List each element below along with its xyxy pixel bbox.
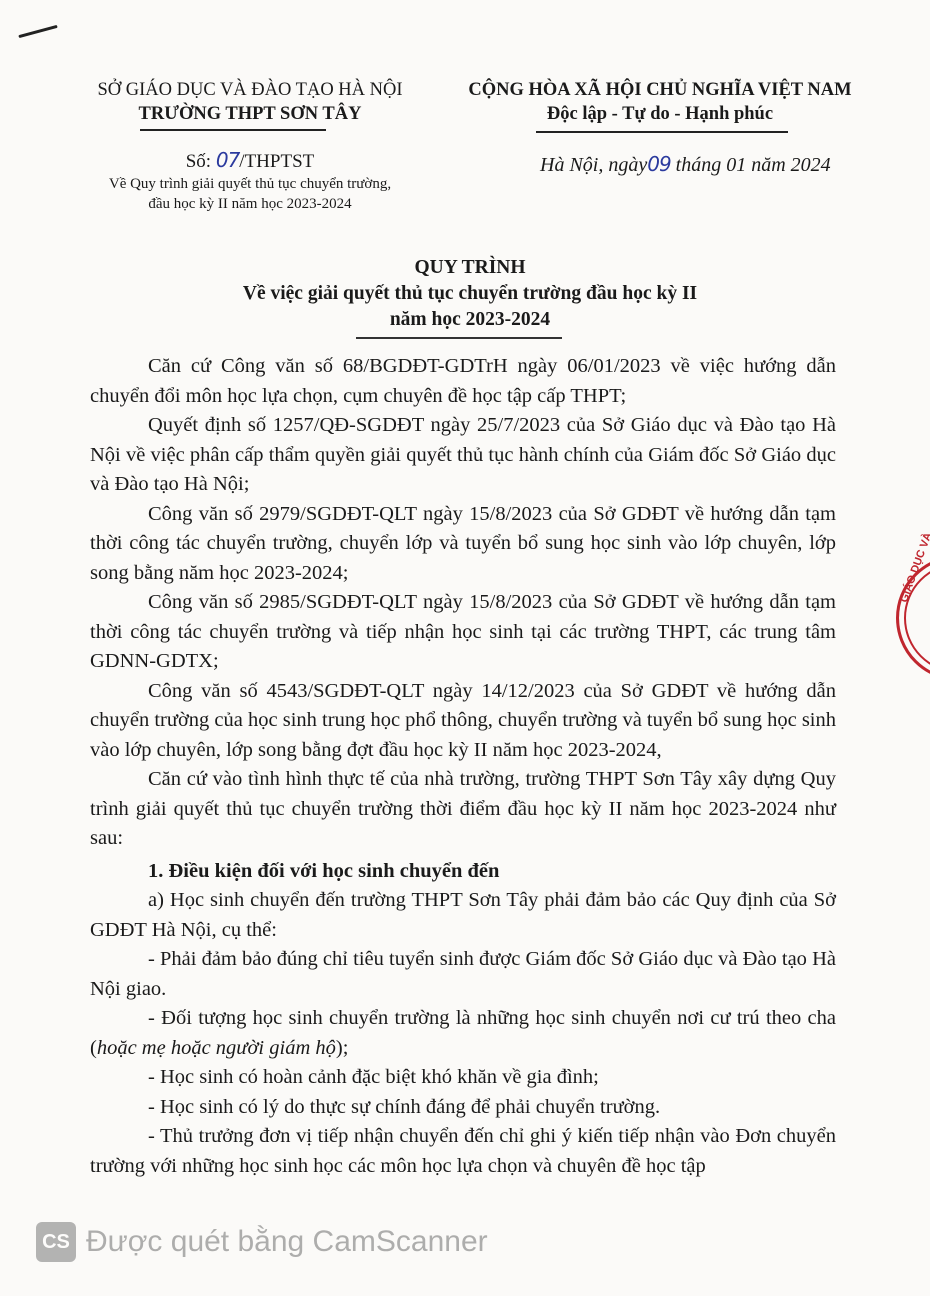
paragraph: Công văn số 2985/SGDĐT-QLT ngày 15/8/202… xyxy=(90,588,836,677)
document-body: Căn cứ Công văn số 68/BGDĐT-GDTrH ngày 0… xyxy=(90,352,836,1181)
divider xyxy=(356,337,562,339)
watermark-text: Được quét bằng CamScanner xyxy=(86,1225,488,1259)
handwritten-number: 07 xyxy=(216,148,239,172)
section-heading: 1. Điều kiện đối với học sinh chuyển đến xyxy=(90,857,836,887)
issuing-authority: SỞ GIÁO DỤC VÀ ĐÀO TẠO HÀ NỘI TRƯỜNG THP… xyxy=(70,78,430,126)
document-date: Hà Nội, ngày09 tháng 01 năm 2024 xyxy=(540,152,831,177)
camscanner-logo-icon: CS xyxy=(36,1222,76,1262)
pen-mark xyxy=(18,25,57,38)
paragraph: a) Học sinh chuyển đến trường THPT Sơn T… xyxy=(90,886,836,945)
document-subject: Về Quy trình giải quyết thủ tục chuyển t… xyxy=(60,174,440,214)
department-name: SỞ GIÁO DỤC VÀ ĐÀO TẠO HÀ NỘI xyxy=(70,78,430,102)
paragraph: Công văn số 4543/SGDĐT-QLT ngày 14/12/20… xyxy=(90,677,836,766)
document-title: QUY TRÌNH Về việc giải quyết thủ tục chu… xyxy=(130,255,810,333)
paragraph: Công văn số 2979/SGDĐT-QLT ngày 15/8/202… xyxy=(90,500,836,589)
divider xyxy=(536,131,788,133)
country-name: CỘNG HÒA XÃ HỘI CHỦ NGHĨA VIỆT NAM xyxy=(450,78,870,102)
paragraph: Căn cứ Công văn số 68/BGDĐT-GDTrH ngày 0… xyxy=(90,352,836,411)
list-item: - Phải đảm bảo đúng chỉ tiêu tuyển sinh … xyxy=(90,945,836,1004)
divider xyxy=(140,129,326,131)
list-item: - Học sinh có lý do thực sự chính đáng đ… xyxy=(90,1093,836,1123)
camscanner-watermark: CS Được quét bằng CamScanner xyxy=(36,1222,488,1262)
paragraph: Quyết định số 1257/QĐ-SGDĐT ngày 25/7/20… xyxy=(90,411,836,500)
national-motto: CỘNG HÒA XÃ HỘI CHỦ NGHĨA VIỆT NAM Độc l… xyxy=(450,78,870,126)
list-item: - Học sinh có hoàn cảnh đặc biệt khó khă… xyxy=(90,1063,836,1093)
paragraph: Căn cứ vào tình hình thực tế của nhà trư… xyxy=(90,765,836,854)
handwritten-day: 09 xyxy=(647,152,670,176)
list-item: - Thủ trưởng đơn vị tiếp nhận chuyển đến… xyxy=(90,1122,836,1181)
motto: Độc lập - Tự do - Hạnh phúc xyxy=(450,102,870,126)
document-number: Số: 07/THPTST xyxy=(70,148,430,174)
school-name: TRƯỜNG THPT SƠN TÂY xyxy=(70,102,430,126)
list-item: - Đối tượng học sinh chuyển trường là nh… xyxy=(90,1004,836,1063)
